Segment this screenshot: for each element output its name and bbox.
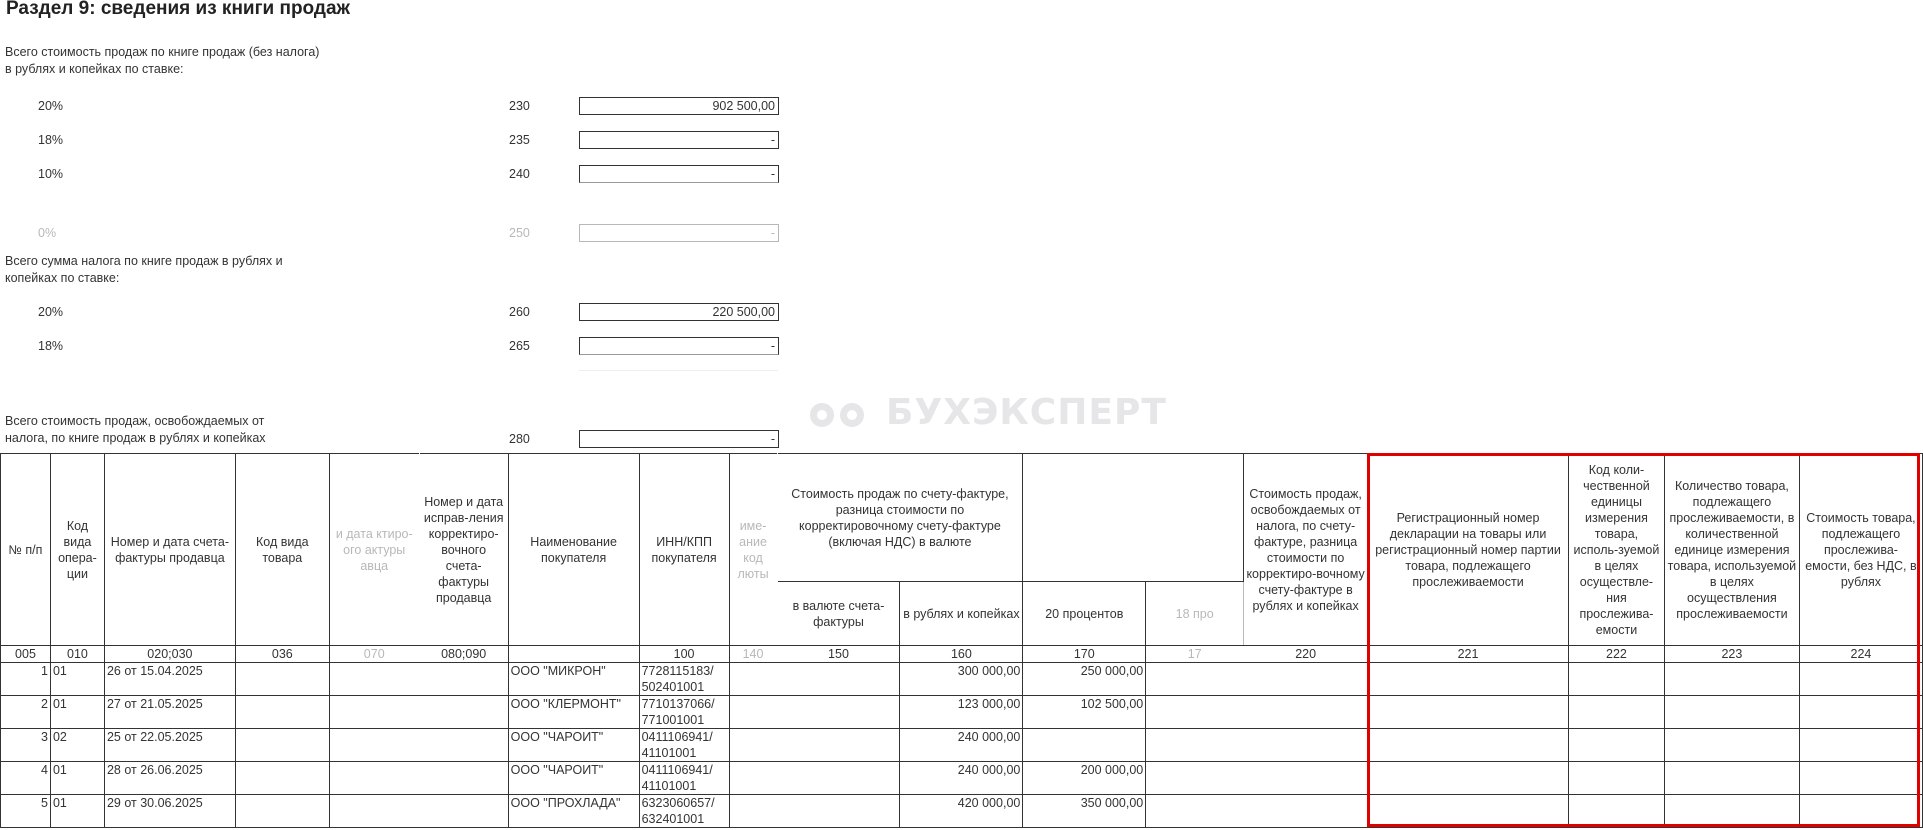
tax-label: Всего сумма налога по книге продаж в руб… <box>5 253 283 287</box>
table-cell: 350 000,00 <box>1023 795 1146 828</box>
rate-label: 20% <box>38 305 63 319</box>
header-value-no-vat: Стоимость товара, подлежащего прослежива… <box>1799 454 1922 646</box>
header-exempt: Стоимость продаж, освобождаемых от налог… <box>1244 454 1368 646</box>
table-cell <box>1799 729 1922 762</box>
column-code: 036 <box>235 646 329 663</box>
field-250[interactable]: - <box>579 224 779 242</box>
table-cell: 123 000,00 <box>900 696 1023 729</box>
table-cell <box>1146 795 1244 828</box>
label-line: копейках по ставке: <box>5 270 283 287</box>
column-code: 224 <box>1799 646 1922 663</box>
exempt-label: Всего стоимость продаж, освобождаемых от… <box>5 413 266 447</box>
table-cell <box>235 663 329 696</box>
rate-label: 10% <box>38 167 63 181</box>
line-code: 280 <box>509 432 530 446</box>
rate-label: 18% <box>38 339 63 353</box>
table-cell <box>1146 663 1244 696</box>
column-code: 223 <box>1664 646 1799 663</box>
table-cell <box>419 696 508 729</box>
column-code: 010 <box>50 646 104 663</box>
table-cell <box>1368 663 1569 696</box>
table-cell <box>235 696 329 729</box>
rate-label: 18% <box>38 133 63 147</box>
header-op-code: Код вида опера-ции <box>50 454 104 646</box>
table-cell: 6323060657/632401001 <box>639 795 729 828</box>
table-cell: 01 <box>50 795 104 828</box>
header-pct18: 18 про <box>1146 582 1244 646</box>
table-cell <box>1799 663 1922 696</box>
table-cell <box>729 663 777 696</box>
header-unit-code: Код коли-чественной единицы измерения то… <box>1568 454 1664 646</box>
table-cell: 01 <box>50 762 104 795</box>
table-cell <box>1146 729 1244 762</box>
table-cell: 300 000,00 <box>900 663 1023 696</box>
column-code: 100 <box>639 646 729 663</box>
table-cell <box>1368 729 1569 762</box>
table-cell: 0411106941/41101001 <box>639 762 729 795</box>
table-cell: 28 от 26.06.2025 <box>104 762 235 795</box>
table-cell <box>329 795 419 828</box>
table-cell: 1 <box>1 663 51 696</box>
column-code: 17 <box>1146 646 1244 663</box>
header-buyer-name: Наименование покупателя <box>508 454 639 646</box>
table-cell <box>419 663 508 696</box>
header-quantity: Количество товара, подлежащего прослежив… <box>1664 454 1799 646</box>
table-cell <box>1368 696 1569 729</box>
table-cell: 01 <box>50 663 104 696</box>
table-row: 20127 от 21.05.2025ООО "КЛЕРМОНТ"7710137… <box>1 696 1923 729</box>
table-cell <box>329 663 419 696</box>
header-pct20: 20 процентов <box>1023 582 1146 646</box>
header-in-currency: в валюте счета-фактуры <box>777 582 900 646</box>
table-cell: 01 <box>50 696 104 729</box>
table-cell <box>419 729 508 762</box>
table-cell: 420 000,00 <box>900 795 1023 828</box>
column-code: 170 <box>1023 646 1146 663</box>
column-code: 222 <box>1568 646 1664 663</box>
table-cell <box>1799 696 1922 729</box>
table-row: 50129 от 30.06.2025ООО "ПРОХЛАДА"6323060… <box>1 795 1923 828</box>
table-cell: 240 000,00 <box>900 762 1023 795</box>
column-code: 160 <box>900 646 1023 663</box>
table-cell <box>777 729 900 762</box>
table-cell <box>1568 795 1664 828</box>
table-cell <box>1023 729 1146 762</box>
table-cell: 7728115183/502401001 <box>639 663 729 696</box>
table-cell: ООО "КЛЕРМОНТ" <box>508 696 639 729</box>
column-code: 080;090 <box>419 646 508 663</box>
table-cell: ООО "ПРОХЛАДА" <box>508 795 639 828</box>
table-cell <box>1146 762 1244 795</box>
line-code: 240 <box>509 167 530 181</box>
table-cell <box>729 795 777 828</box>
table-cell: 3 <box>1 729 51 762</box>
field-265[interactable]: - <box>579 337 779 355</box>
table-cell: 26 от 15.04.2025 <box>104 663 235 696</box>
table-cell <box>1568 696 1664 729</box>
table-cell <box>329 762 419 795</box>
table-cell <box>777 663 900 696</box>
table-cell <box>329 696 419 729</box>
label-line: в рублях и копейках по ставке: <box>5 61 319 78</box>
table-cell <box>419 762 508 795</box>
header-num: № п/п <box>1 454 51 646</box>
label-line: Всего сумма налога по книге продаж в руб… <box>5 253 283 270</box>
table-cell: 02 <box>50 729 104 762</box>
table-cell: ООО "ЧАРОИТ" <box>508 729 639 762</box>
table-cell: ООО "ЧАРОИТ" <box>508 762 639 795</box>
table-cell <box>729 696 777 729</box>
table-cell: 2 <box>1 696 51 729</box>
column-code: 005 <box>1 646 51 663</box>
table-cell <box>235 729 329 762</box>
table-cell <box>777 696 900 729</box>
owl-icon <box>810 395 872 431</box>
rate-label: 0% <box>38 226 56 240</box>
table-cell: 200 000,00 <box>1023 762 1146 795</box>
field-240[interactable]: - <box>579 165 779 183</box>
table-cell <box>729 729 777 762</box>
header-fix-corr-invoice: Номер и дата исправ-ления корректиро-воч… <box>419 454 508 646</box>
line-code: 265 <box>509 339 530 353</box>
label-line: Всего стоимость продаж по книге продаж (… <box>5 44 319 61</box>
sales-no-tax-label: Всего стоимость продаж по книге продаж (… <box>5 44 319 78</box>
column-code: 220 <box>1244 646 1368 663</box>
field-230[interactable]: 902 500,00 <box>579 97 779 115</box>
label-line: Всего стоимость продаж, освобождаемых от <box>5 413 266 430</box>
table-cell <box>419 795 508 828</box>
page-title: Раздел 9: сведения из книги продаж <box>6 0 350 20</box>
table-cell <box>1664 762 1799 795</box>
table-cell: 0411106941/41101001 <box>639 729 729 762</box>
table-cell: 102 500,00 <box>1023 696 1146 729</box>
sales-book-table: № п/п Код вида опера-ции Номер и дата сч… <box>0 453 1923 828</box>
header-buyer-inn: ИНН/КПП покупателя <box>639 454 729 646</box>
header-goods-code: Код вида товара <box>235 454 329 646</box>
table-cell: 29 от 30.06.2025 <box>104 795 235 828</box>
table-cell <box>1244 729 1368 762</box>
table-cell: 240 000,00 <box>900 729 1023 762</box>
table-row: 30225 от 22.05.2025ООО "ЧАРОИТ"041110694… <box>1 729 1923 762</box>
table-body: 10126 от 15.04.2025ООО "МИКРОН"772811518… <box>1 663 1923 828</box>
faded-field-edge <box>579 370 778 371</box>
line-code: 260 <box>509 305 530 319</box>
table-cell <box>777 762 900 795</box>
rate-label: 20% <box>38 99 63 113</box>
table-cell: 7710137066/771001001 <box>639 696 729 729</box>
table-cell: 5 <box>1 795 51 828</box>
table-cell: ООО "МИКРОН" <box>508 663 639 696</box>
line-code: 235 <box>509 133 530 147</box>
table-cell <box>1799 762 1922 795</box>
column-code: 150 <box>777 646 900 663</box>
table-cell <box>329 729 419 762</box>
header-reg-number: Регистрационный номер декларации на това… <box>1368 454 1569 646</box>
table-cell: 25 от 22.05.2025 <box>104 729 235 762</box>
table-cell <box>1244 762 1368 795</box>
watermark-logo: БУХЭКСПЕРТ <box>810 392 1167 433</box>
table-cell <box>1244 795 1368 828</box>
table-cell <box>235 795 329 828</box>
column-code: 070 <box>329 646 419 663</box>
table-cell: 4 <box>1 762 51 795</box>
table-row: 10126 от 15.04.2025ООО "МИКРОН"772811518… <box>1 663 1923 696</box>
table-cell <box>777 795 900 828</box>
header-in-rubles: в рублях и копейках <box>900 582 1023 646</box>
table-cell <box>1568 762 1664 795</box>
header-sales-value: Стоимость продаж по счету-фактуре, разни… <box>777 454 1023 582</box>
table-cell <box>1244 696 1368 729</box>
line-code: 230 <box>509 99 530 113</box>
field-235[interactable]: - <box>579 131 779 149</box>
table-cell <box>1664 663 1799 696</box>
table-cell <box>729 762 777 795</box>
column-codes-row: 005010020;030036070080;09010014015016017… <box>1 646 1923 663</box>
column-code <box>508 646 639 663</box>
header-corr-invoice: и дата ктиро-ого актуры авца <box>329 454 419 646</box>
header-currency: име-ание код люты <box>729 454 777 646</box>
table-cell: 250 000,00 <box>1023 663 1146 696</box>
field-280[interactable]: - <box>579 430 779 448</box>
table-cell <box>1368 762 1569 795</box>
table-cell <box>1664 696 1799 729</box>
table-cell <box>1799 795 1922 828</box>
column-code: 020;030 <box>104 646 235 663</box>
table-cell: 27 от 21.05.2025 <box>104 696 235 729</box>
table-cell <box>1244 663 1368 696</box>
table-cell <box>1368 795 1569 828</box>
watermark-text: БУХЭКСПЕРТ <box>886 392 1167 433</box>
table-row: 40128 от 26.06.2025ООО "ЧАРОИТ"041110694… <box>1 762 1923 795</box>
table-cell <box>1664 729 1799 762</box>
header-vat-base <box>1023 454 1244 582</box>
field-260[interactable]: 220 500,00 <box>579 303 779 321</box>
table-cell <box>1146 696 1244 729</box>
line-code: 250 <box>509 226 530 240</box>
header-invoice: Номер и дата счета-фактуры продавца <box>104 454 235 646</box>
table-cell <box>235 762 329 795</box>
table-cell <box>1664 795 1799 828</box>
column-code: 140 <box>729 646 777 663</box>
table-cell <box>1568 663 1664 696</box>
table-cell <box>1568 729 1664 762</box>
column-code: 221 <box>1368 646 1569 663</box>
label-line: налога, по книге продаж в рублях и копей… <box>5 430 266 447</box>
